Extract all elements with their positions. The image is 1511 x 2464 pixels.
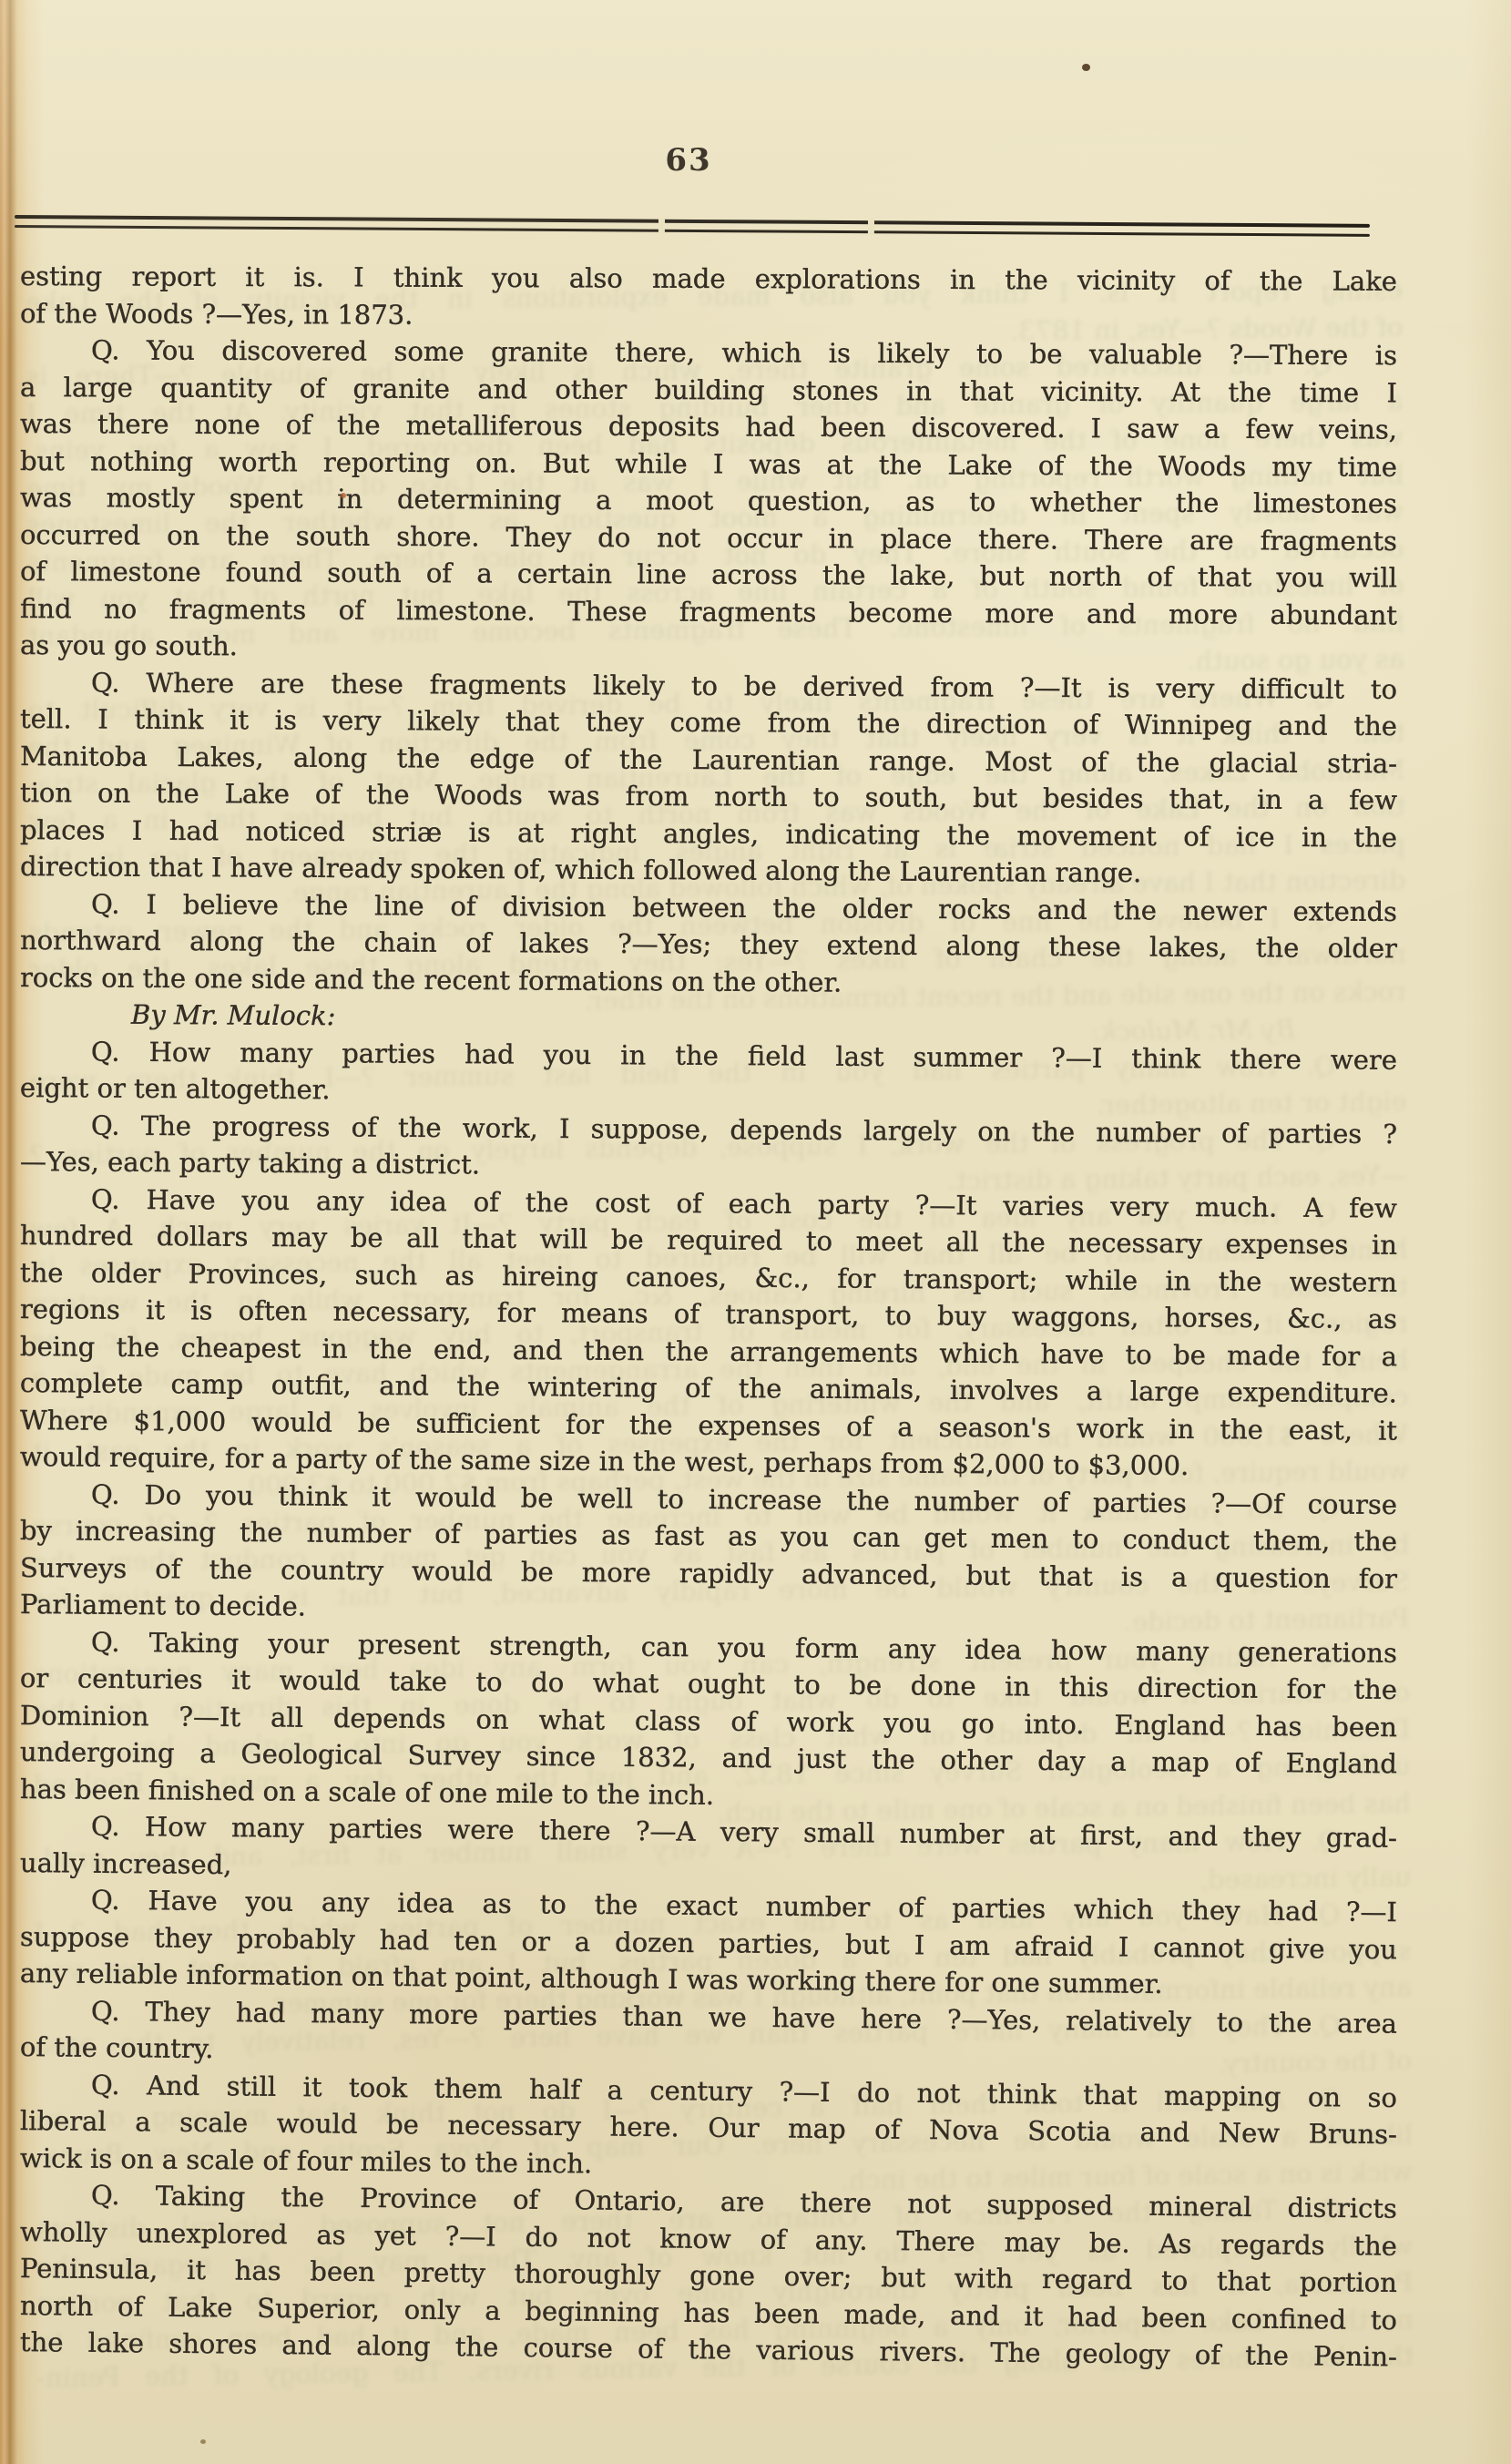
text-line: occurred on the south shore. They do not…: [20, 516, 1397, 560]
rule-scan-break: [868, 219, 874, 235]
scanned-page: { "page": { "number": "63", "paragraphs"…: [0, 0, 1511, 2464]
text-line: a large quantity of granite and other bu…: [20, 369, 1397, 412]
paragraph: esting report it is. I think you also ma…: [20, 258, 1397, 332]
paragraph: Q. Taking your present strength, can you…: [20, 1623, 1397, 1808]
double-rule: [15, 215, 1370, 237]
paragraph: Q. Have you any idea as to the exact num…: [20, 1881, 1397, 1992]
paragraph: Q. The progress of the work, I suppose, …: [20, 1107, 1397, 1181]
paragraph: Q. Taking the Province of Ontario, are t…: [20, 2176, 1397, 2361]
paragraph: Q. You discovered some granite there, wh…: [20, 332, 1397, 664]
paragraph: Q. They had many more parties than we ha…: [20, 1992, 1397, 2066]
paragraph: Q. How many parties had you in the field…: [20, 1033, 1397, 1107]
paragraph: Q. I believe the line of division betwee…: [20, 885, 1397, 997]
paragraph: Q. Do you think it would be well to incr…: [20, 1476, 1397, 1623]
text-line: but nothing worth reporting on. But whil…: [20, 443, 1397, 486]
text-line: was there none of the metalliferous depo…: [20, 405, 1397, 448]
paragraph: Q. Where are these fragments likely to b…: [20, 664, 1397, 885]
text-line: of the Woods ?—Yes, in 1873.: [20, 295, 1397, 337]
paragraph: Q. Have you any idea of the cost of each…: [20, 1181, 1397, 1476]
paragraph: Q. And still it took them half a century…: [20, 2066, 1397, 2177]
text-line: was mostly spent in determining a moot q…: [20, 479, 1397, 522]
ink-speck: [200, 2439, 206, 2444]
text-line: esting report it is. I think you also ma…: [20, 258, 1397, 300]
ink-speck: [1082, 64, 1090, 71]
paragraph: Q. How many parties were there ?—A very …: [20, 1807, 1397, 1881]
text-line: as you go south.: [20, 627, 1397, 670]
page-number: 63: [0, 142, 1377, 179]
text-line: Q. You discovered some granite there, wh…: [20, 332, 1397, 374]
body-text: esting report it is. I think you also ma…: [20, 258, 1397, 2361]
text-line: of limestone found south of a certain li…: [20, 553, 1397, 597]
ink-speck: [341, 493, 346, 498]
rule-scan-break: [659, 218, 665, 234]
